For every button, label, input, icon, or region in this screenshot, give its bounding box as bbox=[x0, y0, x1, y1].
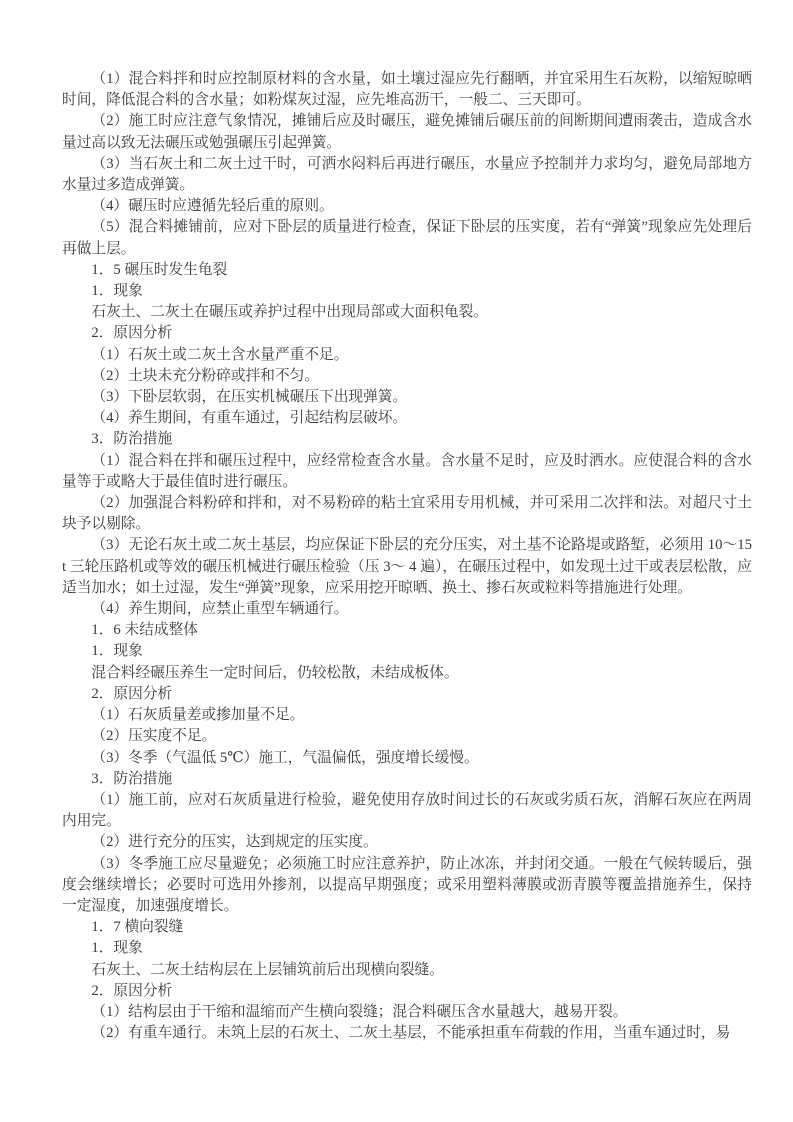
paragraph: （5）混合料摊铺前，应对下卧层的质量进行检查，保证下卧层的压实度，若有“弹簧”现… bbox=[62, 217, 752, 259]
paragraph: （1）结构层由于干缩和温缩而产生横向裂缝；混合料碾压含水量越大，越易开裂。 bbox=[62, 1002, 752, 1023]
paragraph: 石灰土、二灰土在碾压或养护过程中出现局部或大面积龟裂。 bbox=[62, 302, 752, 323]
section-heading: 1．6 未结成整体 bbox=[62, 620, 752, 641]
paragraph: （1）石灰质量差或掺加量不足。 bbox=[62, 705, 752, 726]
document-body: （1）混合料拌和时应控制原材料的含水量，如土壤过湿应先行翻晒，并宜采用生石灰粉，… bbox=[62, 69, 752, 1044]
paragraph: （4）养生期间，应禁止重型车辆通行。 bbox=[62, 599, 752, 620]
section-heading: 2．原因分析 bbox=[62, 981, 752, 1002]
paragraph: （2）进行充分的压实，达到规定的压实度。 bbox=[62, 832, 752, 853]
paragraph: 混合料经碾压养生一定时间后，仍较松散，未结成板体。 bbox=[62, 663, 752, 684]
paragraph: （1）混合料拌和时应控制原材料的含水量，如土壤过湿应先行翻晒，并宜采用生石灰粉，… bbox=[62, 69, 752, 111]
paragraph: （1）施工前，应对石灰质量进行检验，避免使用存放时间过长的石灰或劣质石灰，消解石… bbox=[62, 790, 752, 832]
section-heading: 1．5 碾压时发生龟裂 bbox=[62, 260, 752, 281]
section-heading: 1．现象 bbox=[62, 938, 752, 959]
section-heading: 1．现象 bbox=[62, 281, 752, 302]
section-heading: 1．现象 bbox=[62, 641, 752, 662]
document-page: （1）混合料拌和时应控制原材料的含水量，如土壤过湿应先行翻晒，并宜采用生石灰粉，… bbox=[0, 0, 793, 1122]
paragraph: （3）下卧层软弱，在压实机械碾压下出现弹簧。 bbox=[62, 387, 752, 408]
paragraph: （1）混合料在拌和碾压过程中，应经常检查含水量。含水量不足时，应及时洒水。应使混… bbox=[62, 451, 752, 493]
paragraph: （2）有重车通行。未筑上层的石灰土、二灰土基层，不能承担重车荷载的作用，当重车通… bbox=[62, 1023, 752, 1044]
section-heading: 2．原因分析 bbox=[62, 684, 752, 705]
paragraph: （3）冬季（气温低 5℃）施工，气温偏低，强度增长缓慢。 bbox=[62, 748, 752, 769]
section-heading: 1．7 横向裂缝 bbox=[62, 917, 752, 938]
paragraph: （2）施工时应注意气象情况，摊铺后应及时碾压，避免摊铺后碾压前的间断期间遭雨袭击… bbox=[62, 111, 752, 153]
paragraph: （4）养生期间，有重车通过，引起结构层破坏。 bbox=[62, 408, 752, 429]
paragraph: （2）压实度不足。 bbox=[62, 726, 752, 747]
paragraph: （2）加强混合料粉碎和拌和，对不易粉碎的粘土宜采用专用机械，并可采用二次拌和法。… bbox=[62, 493, 752, 535]
section-heading: 3．防治措施 bbox=[62, 769, 752, 790]
paragraph: （3）当石灰土和二灰土过干时，可洒水闷料后再进行碾压，水量应予控制并力求均匀，避… bbox=[62, 154, 752, 196]
paragraph: 石灰土、二灰土结构层在上层铺筑前后出现横向裂缝。 bbox=[62, 960, 752, 981]
section-heading: 3．防治措施 bbox=[62, 429, 752, 450]
paragraph: （4）碾压时应遵循先轻后重的原则。 bbox=[62, 196, 752, 217]
paragraph: （1）石灰土或二灰土含水量严重不足。 bbox=[62, 345, 752, 366]
paragraph: （3）无论石灰土或二灰土基层，均应保证下卧层的充分压实，对土基不论路堤或路堑，必… bbox=[62, 535, 752, 599]
paragraph: （3）冬季施工应尽量避免；必须施工时应注意养护，防止冰冻，并封闭交通。一般在气候… bbox=[62, 854, 752, 918]
section-heading: 2．原因分析 bbox=[62, 323, 752, 344]
paragraph: （2）土块未充分粉碎或拌和不匀。 bbox=[62, 366, 752, 387]
